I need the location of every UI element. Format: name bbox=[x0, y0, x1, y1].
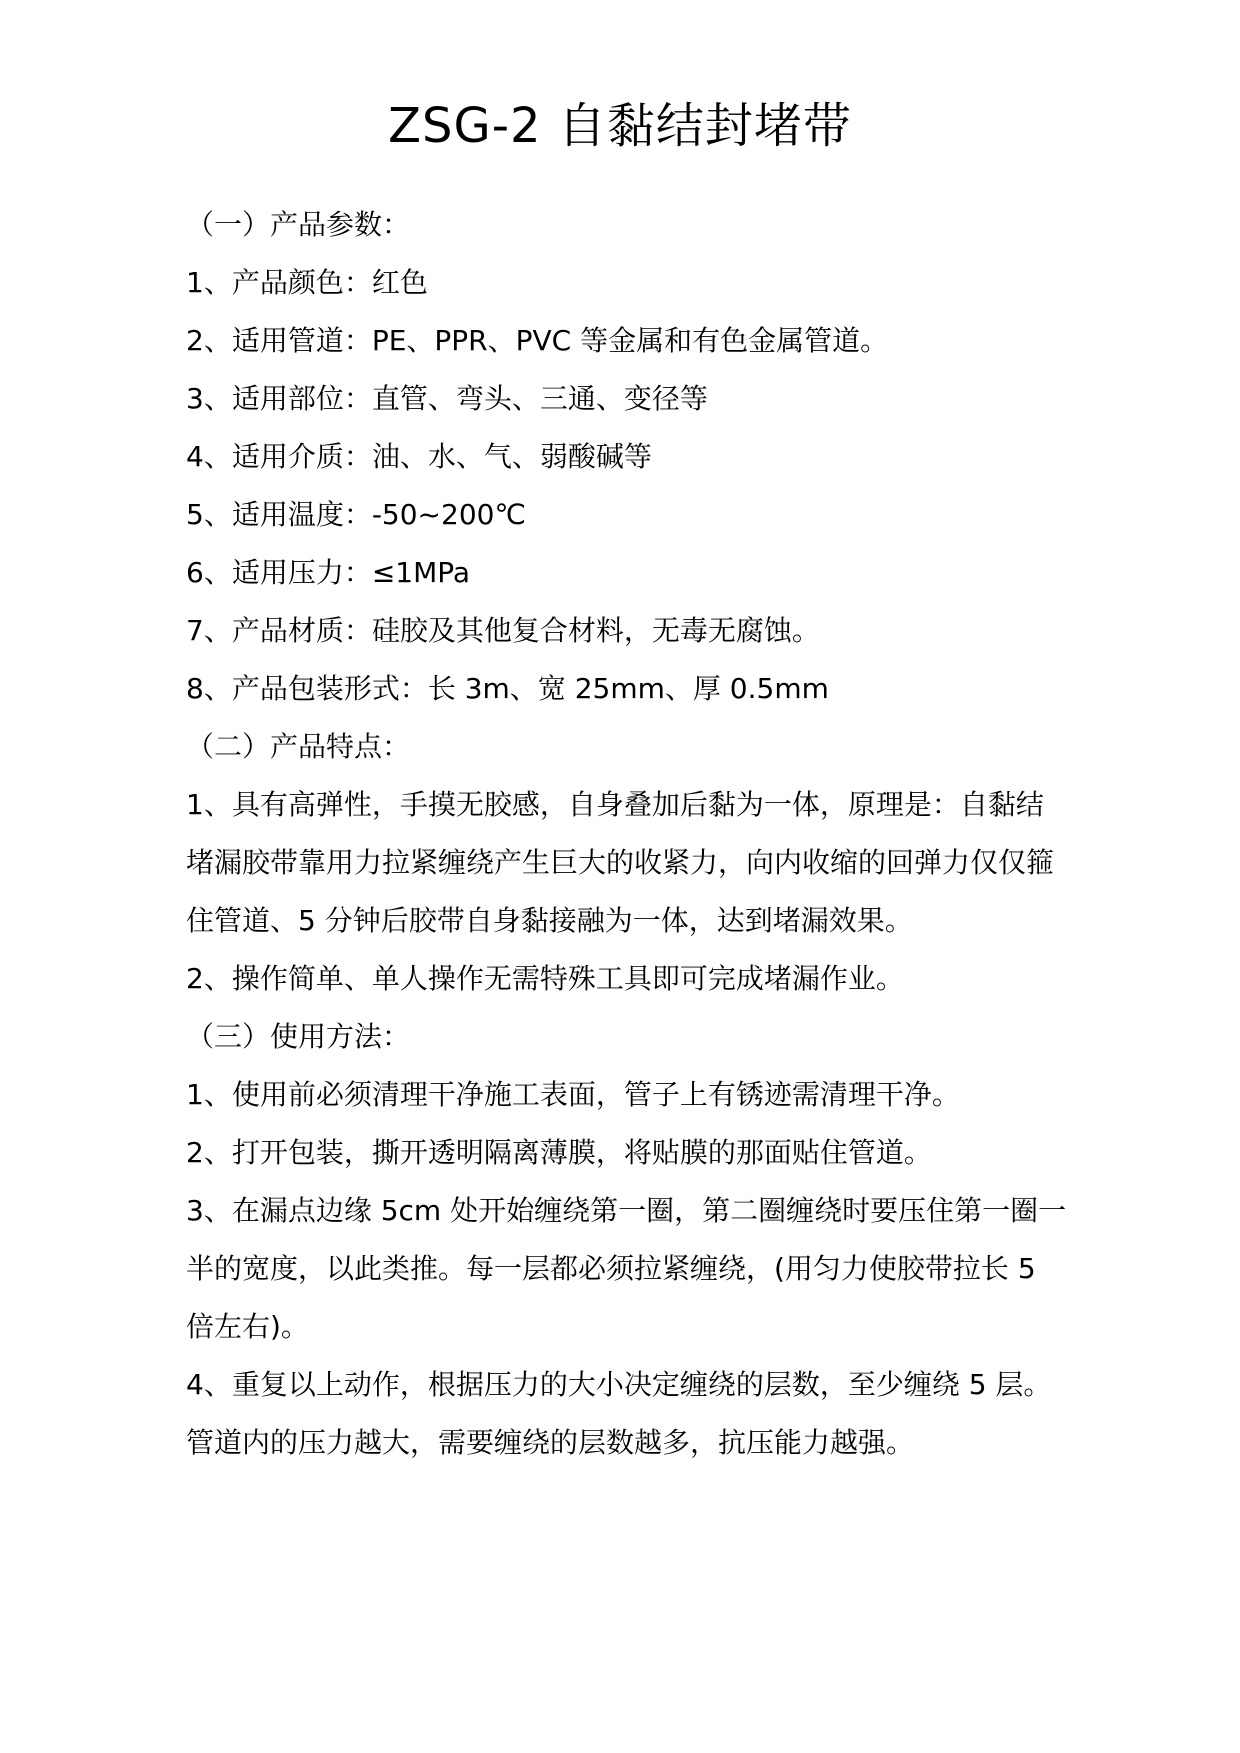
usage-line: 管道内的压力越大，需要缠绕的层数越多，抗压能力越强。 bbox=[186, 1414, 1086, 1472]
usage-line: 4、重复以上动作，根据压力的大小决定缠绕的层数，至少缠绕 5 层。 bbox=[186, 1356, 1086, 1414]
parameter-packaging: 8、产品包装形式：长 3m、宽 25mm、厚 0.5mm bbox=[186, 660, 1086, 718]
parameter-color: 1、产品颜色：红色 bbox=[186, 254, 1086, 312]
usage-line: 倍左右)。 bbox=[186, 1298, 1086, 1356]
document-page: ZSG-2 自黏结封堵带 （一）产品参数： 1、产品颜色：红色 2、适用管道：P… bbox=[0, 0, 1240, 1753]
parameter-locations: 3、适用部位：直管、弯头、三通、变径等 bbox=[186, 370, 1086, 428]
section-product-parameters: （一）产品参数： 1、产品颜色：红色 2、适用管道：PE、PPR、PVC 等金属… bbox=[186, 196, 1086, 718]
parameter-temperature: 5、适用温度：-50~200℃ bbox=[186, 486, 1086, 544]
parameter-media: 4、适用介质：油、水、气、弱酸碱等 bbox=[186, 428, 1086, 486]
section-product-features: （二）产品特点： 1、具有高弹性，手摸无胶感，自身叠加后黏为一体，原理是：自黏结… bbox=[186, 718, 1086, 1008]
section-usage-method: （三）使用方法： 1、使用前必须清理干净施工表面，管子上有锈迹需清理干净。 2、… bbox=[186, 1008, 1086, 1472]
parameter-pressure: 6、适用压力：≤1MPa bbox=[186, 544, 1086, 602]
section-heading: （二）产品特点： bbox=[186, 718, 1086, 776]
section-heading: （一）产品参数： bbox=[186, 196, 1086, 254]
usage-line: 3、在漏点边缘 5cm 处开始缠绕第一圈，第二圈缠绕时要压住第一圈一 bbox=[186, 1182, 1086, 1240]
parameter-material: 7、产品材质：硅胶及其他复合材料，无毒无腐蚀。 bbox=[186, 602, 1086, 660]
feature-line: 堵漏胶带靠用力拉紧缠绕产生巨大的收紧力，向内收缩的回弹力仅仅箍 bbox=[186, 834, 1086, 892]
usage-line: 1、使用前必须清理干净施工表面，管子上有锈迹需清理干净。 bbox=[186, 1066, 1086, 1124]
feature-line: 1、具有高弹性，手摸无胶感，自身叠加后黏为一体，原理是：自黏结 bbox=[186, 776, 1086, 834]
parameter-pipes: 2、适用管道：PE、PPR、PVC 等金属和有色金属管道。 bbox=[186, 312, 1086, 370]
feature-line: 住管道、5 分钟后胶带自身黏接融为一体，达到堵漏效果。 bbox=[186, 892, 1086, 950]
usage-line: 半的宽度，以此类推。每一层都必须拉紧缠绕，(用匀力使胶带拉长 5 bbox=[186, 1240, 1086, 1298]
usage-line: 2、打开包装，撕开透明隔离薄膜，将贴膜的那面贴住管道。 bbox=[186, 1124, 1086, 1182]
document-body: （一）产品参数： 1、产品颜色：红色 2、适用管道：PE、PPR、PVC 等金属… bbox=[186, 196, 1086, 1472]
document-title: ZSG-2 自黏结封堵带 bbox=[0, 98, 1240, 154]
feature-line: 2、操作简单、单人操作无需特殊工具即可完成堵漏作业。 bbox=[186, 950, 1086, 1008]
section-heading: （三）使用方法： bbox=[186, 1008, 1086, 1066]
